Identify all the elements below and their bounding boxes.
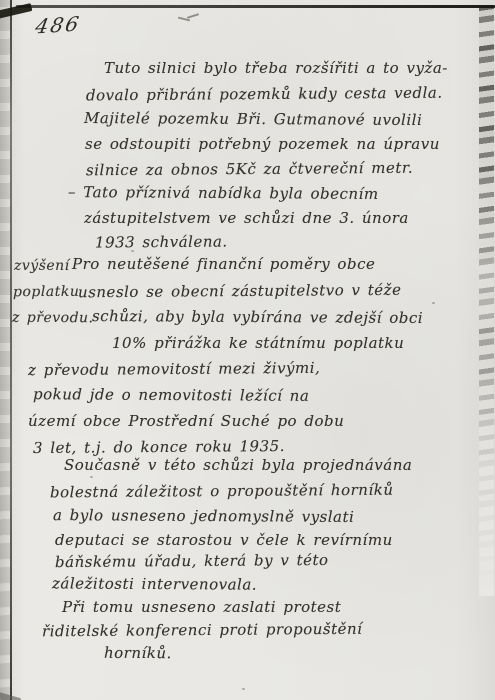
handwritten-line: záležitosti intervenovala. [52, 573, 257, 594]
page-number: 486 [34, 11, 83, 38]
handwritten-line: bolestná záležitost o propouštění horník… [50, 480, 394, 503]
handwritten-line: deputaci se starostou v čele k revírnímu [55, 530, 393, 550]
handwritten-line: Pro neutěšené finanční poměry obce [72, 254, 375, 274]
handwritten-line: 10% přirážka ke státnímu poplatku [112, 333, 404, 353]
handwritten-line: dovalo přibrání pozemků kudy cesta vedla… [86, 83, 443, 106]
handwritten-line: z převodu nemovitostí mezi živými, [28, 358, 320, 380]
handwritten-line: 1933 schválena. [95, 231, 228, 252]
handwritten-line: Při tomu usneseno zaslati protest [62, 597, 341, 617]
handwritten-line: řiditelské konferenci proti propouštění [42, 619, 363, 642]
handwritten-line: Současně v této schůzi byla projednávána [64, 455, 412, 475]
handwritten-line: území obce Prostřední Suché po dobu [28, 411, 344, 431]
page-top-edge [16, 5, 495, 8]
handwritten-line: zástupitelstvem ve schůzi dne 3. února [84, 208, 409, 228]
handwritten-line: báňskému úřadu, která by v této [55, 550, 329, 572]
handwritten-line: usneslo se obecní zástupitelstvo v téže [78, 280, 402, 303]
handwritten-line: Majitelé pozemku Bři. Gutmanové uvolili [84, 108, 422, 130]
handwritten-line: silnice za obnos 5Kč za čtvereční metr. [86, 158, 413, 181]
page-gutter-edge [0, 0, 10, 700]
handwritten-line: se odstoupiti potřebný pozemek na úpravu [85, 134, 440, 154]
page-right-edge [479, 6, 494, 596]
paper-speck [432, 302, 435, 304]
scanned-document-page: 486 Tuto silnici bylo třeba rozšířiti a … [0, 0, 495, 700]
handwritten-line: Tuto silnici bylo třeba rozšířiti a to v… [104, 58, 448, 78]
margin-note-line: poplatku [13, 282, 79, 303]
handwritten-line: horníků. [104, 643, 172, 663]
ink-smudge [176, 13, 200, 23]
paper-speck [90, 476, 93, 478]
handwritten-line: schůzi, aby byla vybírána ve zdejší obci [92, 306, 423, 328]
handwritten-line: a bylo usneseno jednomyslně vyslati [53, 505, 354, 527]
handwritten-line: pokud jde o nemovitosti ležící na [33, 384, 309, 406]
paper-speck [242, 688, 245, 690]
margin-note-line: z převodu. [12, 308, 94, 328]
handwritten-line: – Tato příznivá nabídka byla obecním [68, 182, 379, 204]
page-fold-line [10, 0, 12, 700]
margin-note-line: zvýšení [14, 256, 70, 276]
